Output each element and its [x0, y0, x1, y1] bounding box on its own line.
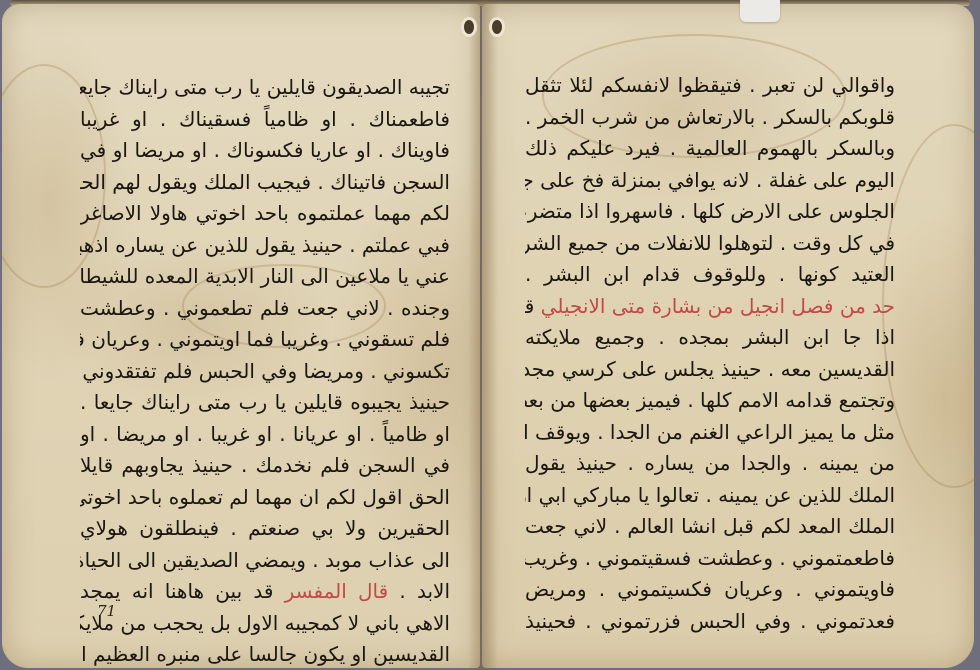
- text-line: وبالسكر بالهموم العالمية . فيرد عليكم ذل…: [525, 133, 895, 165]
- text-line: وتجتمع قدامه الامم كلها . فيميز بعضها من…: [525, 385, 895, 417]
- text-line: اذا جا ابن البشر بمجده . وجميع ملايكته: [525, 322, 895, 354]
- text-line: الحقيرين ولا بي صنعتم . فينطلقون هولاي: [80, 513, 450, 545]
- text-line: الملك المعد لكم قبل انشا العالم . لاني ج…: [525, 511, 895, 543]
- text-line: فبي عملتم . حينيذ يقول للذين عن يساره اذ…: [80, 230, 450, 262]
- text-line: قلوبكم بالسكر . بالارتعاش من شرب الخمر .: [525, 102, 895, 134]
- text-line: السجن فاتيناك . فيجيب الملك ويقول لهم ال…: [80, 167, 450, 199]
- text-line: تجيبه الصديقون قايلين يا رب متى رايناك ج…: [80, 72, 450, 104]
- text-line: اليوم على غفلة . لانه يوافي بمنزلة فخ عل…: [525, 165, 895, 197]
- text-line: فاويتموني . وعريان فكسيتموني . ومريض: [525, 574, 895, 606]
- manuscript-spread: تجيبه الصديقون قايلين يا رب متى رايناك ج…: [0, 0, 980, 670]
- text-line: فاويناك . او عاريا فكسوناك . او مريضا او…: [80, 135, 450, 167]
- text-line: او ظامياً . او عريانا . او غريبا . او مر…: [80, 419, 450, 451]
- binding-stitch-icon: [492, 20, 502, 34]
- rubric-line: حد من فصل انجيل من بشارة متى الانجيلي قا…: [525, 291, 895, 323]
- text-line: في كل وقت . لتوهلوا للانفلات من جميع الش…: [525, 228, 895, 260]
- text-line-with-rubric: الابد . قال المفسر قد بين هاهنا انه يمجد: [80, 576, 450, 608]
- paper-tab: [740, 0, 780, 22]
- rubric-phrase: قال المفسر: [285, 579, 389, 603]
- text-line: فاطعمناك . او ظامياً فسقيناك . او غريبا: [80, 104, 450, 136]
- text-line: الملك للذين عن يمينه . تعالوا يا مباركي …: [525, 480, 895, 512]
- text-line: فاطعمتموني . وعطشت فسقيتموني . وغريب: [525, 543, 895, 575]
- text-line: فلم تسقوني . وغريبا فما اويتموني . وعريا…: [80, 324, 450, 356]
- text-line: حينيذ يجيبوه قايلين يا رب متى رايناك جاي…: [80, 387, 450, 419]
- text-line: الاهي باني لا كمجيبه الاول بل يحجب من مل…: [80, 608, 450, 640]
- text-line: فعدتموني . وفي الحبس فزرتموني . فحينيذ: [525, 606, 895, 638]
- text-line: من يمينه . والجدا من يساره . حينيذ يقول: [525, 448, 895, 480]
- text-line: الى عذاب موبد . ويمضي الصديقين الى الحيا…: [80, 545, 450, 577]
- rubric-trailing-text: قال الرب: [525, 294, 534, 318]
- binding-stitch-icon: [464, 20, 474, 34]
- text-line: القديسين معه . حينيذ يجلس على كرسي مجده …: [525, 354, 895, 386]
- book-gutter: [468, 0, 498, 670]
- text-line: وجنده . لاني جعت فلم تطعموني . وعطشت: [80, 293, 450, 325]
- text-line: لكم مهما عملتموه باحد اخوتي هاولا الاصاغ…: [80, 198, 450, 230]
- text-line: مثل ما يميز الراعي الغنم من الجدا . ويوق…: [525, 417, 895, 449]
- water-stain: [882, 124, 980, 488]
- text-line: الجلوس على الارض كلها . فاسهروا اذا متضر…: [525, 196, 895, 228]
- left-page-text: تجيبه الصديقون قايلين يا رب متى رايناك ج…: [80, 72, 450, 670]
- text-line: العتيد كونها . وللوقوف قدام ابن البشر .: [525, 259, 895, 291]
- text-line: تكسوني . ومريضا وفي الحبس فلم تفتقدوني .: [80, 356, 450, 388]
- text-line: عني يا ملاعين الى النار الابدية المعده ل…: [80, 261, 450, 293]
- folio-number: 71: [97, 602, 116, 620]
- rubric-heading: حد من فصل انجيل من بشارة متى الانجيلي: [541, 294, 895, 318]
- text-line: القديسين او يكون جالسا على منبره العظيم …: [80, 639, 450, 670]
- right-page-text: واقوالي لن تعبر . فتيقظوا لانفسكم لئلا ت…: [525, 70, 895, 637]
- text-line: في السجن فلم نخدمك . حينيذ يجاوبهم قايلا: [80, 450, 450, 482]
- text-line: واقوالي لن تعبر . فتيقظوا لانفسكم لئلا ت…: [525, 70, 895, 102]
- text-line: الحق اقول لكم ان مهما لم تعملوه باحد اخو…: [80, 482, 450, 514]
- text-line: الابد . قال المفسر قد بين هاهنا انه يمجد: [80, 579, 450, 603]
